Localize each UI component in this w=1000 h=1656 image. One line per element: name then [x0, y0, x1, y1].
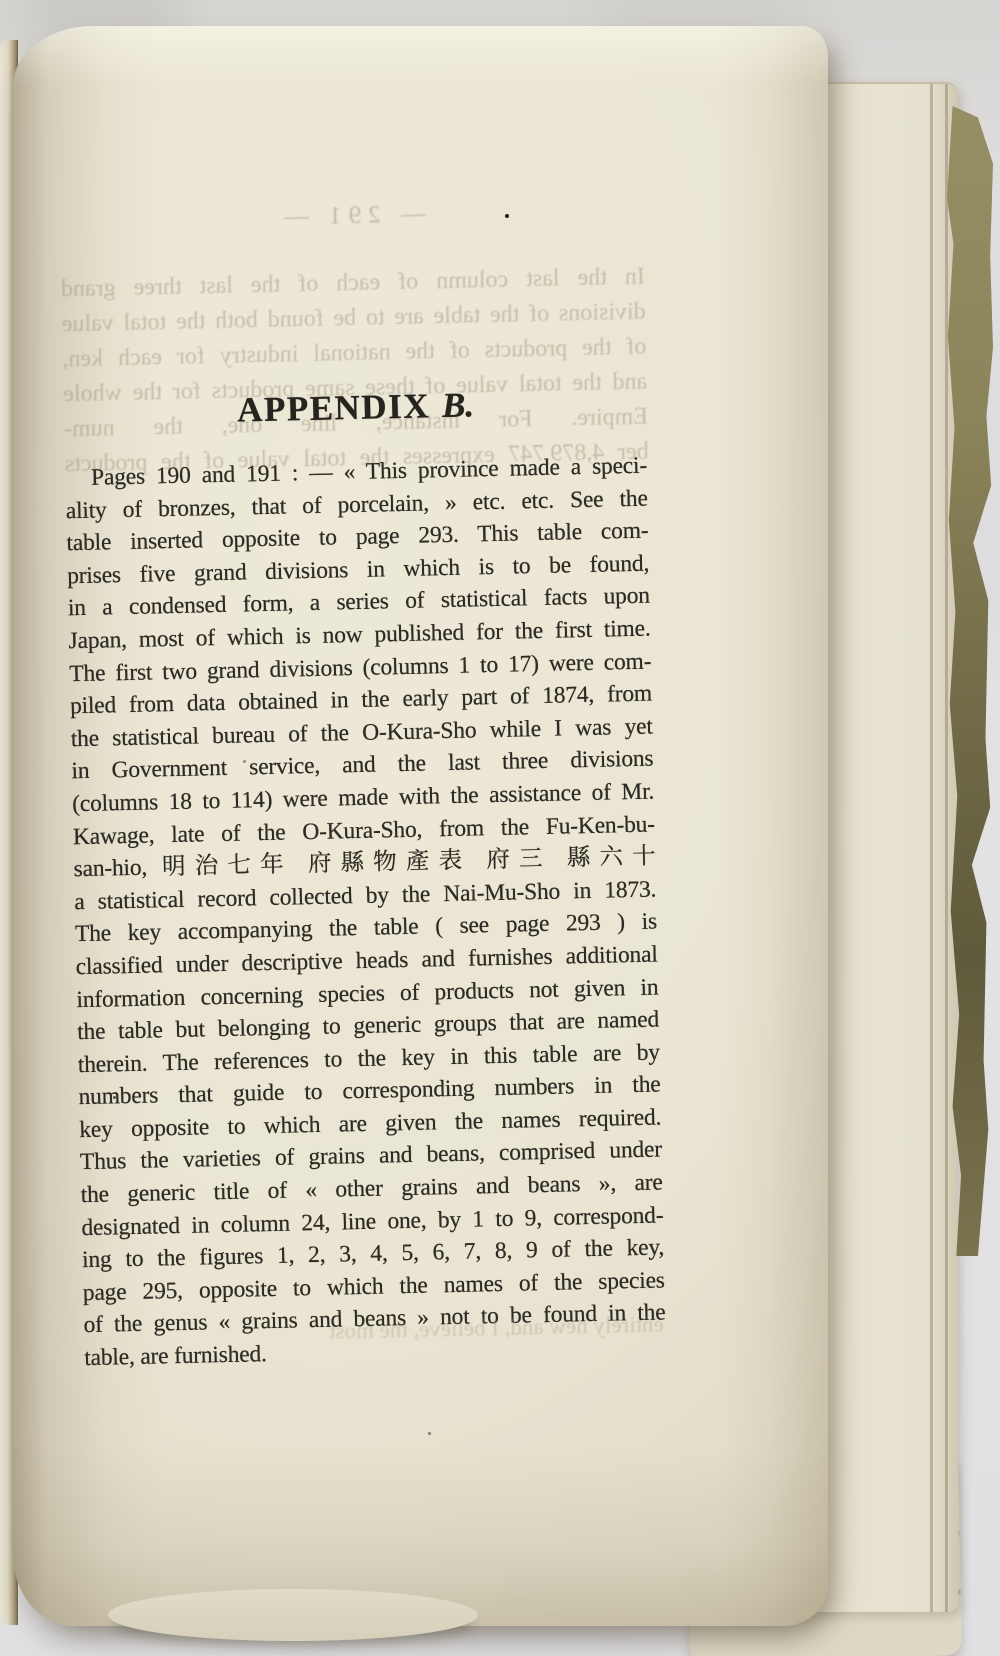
page-title-word: APPENDIX — [237, 386, 431, 429]
paper-speck — [113, 1096, 116, 1099]
body-text: Pages 190 and 191 : — « This province ma… — [65, 450, 667, 1375]
ghost-paragraph: In the last column of each of the last t… — [61, 260, 649, 483]
ghost-page-number: — 291 — — [59, 196, 643, 237]
book-photo: — 291 — In the last column of each of th… — [0, 0, 1000, 1656]
paper-speck — [505, 214, 509, 218]
page-content: — 291 — In the last column of each of th… — [58, 144, 672, 1556]
paper-speck — [243, 760, 246, 763]
paper-speck — [428, 1432, 431, 1435]
page-title-letter: B. — [442, 385, 475, 425]
